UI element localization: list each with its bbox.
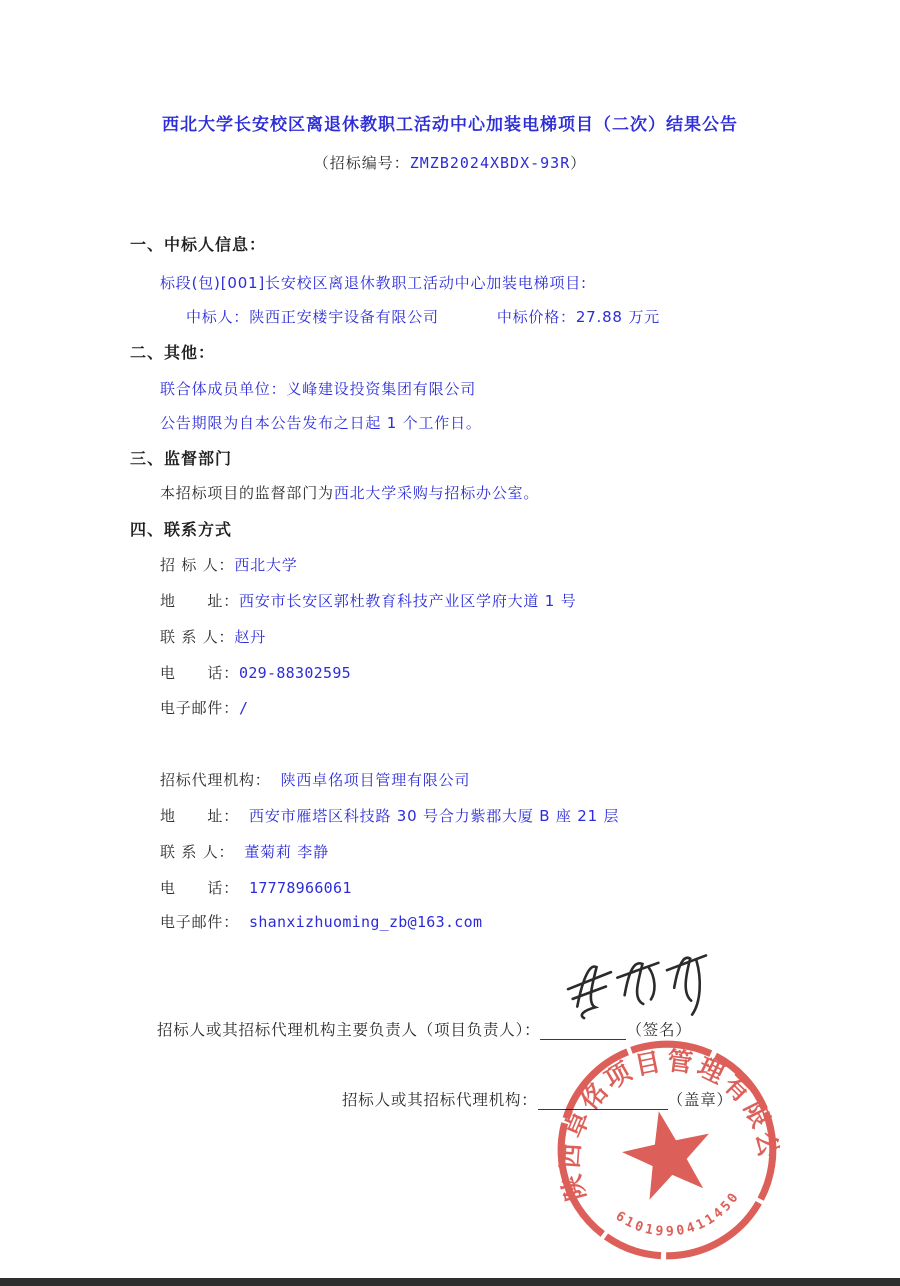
- supervision-prefix: 本招标项目的监督部门为: [160, 484, 334, 502]
- supervision-line: 本招标项目的监督部门为西北大学采购与招标办公室。: [160, 482, 539, 503]
- tender-number-line: （招标编号：ZMZB2024XBDX-93R）: [0, 152, 900, 173]
- svg-text:6101990411450: 6101990411450: [610, 1183, 749, 1251]
- tenderer-email-row: 电子邮件：/: [160, 697, 248, 718]
- agency-email-label: 电子邮件：: [160, 913, 239, 931]
- agency-phone-row: 电 话：17778966061: [160, 877, 352, 898]
- tenderer-address-row: 地 址：西安市长安区郭杜教育科技产业区学府大道 1 号: [160, 590, 577, 611]
- tender-number-code: ZMZB2024XBDX-93R: [410, 154, 571, 172]
- agency-address-value: 西安市雁塔区科技路 30 号合力紫郡大厦 B 座 21 层: [249, 807, 619, 825]
- agency-phone-label: 电 话：: [160, 879, 239, 897]
- tenderer-label: 招 标 人：: [160, 556, 234, 574]
- seal-star-icon: [615, 1102, 720, 1203]
- winner-line: 中标人：陕西正安楼宇设备有限公司中标价格：27.88 万元: [186, 306, 660, 327]
- agency-address-label: 地 址：: [160, 807, 239, 825]
- agency-contact-value: 董菊莉 李静: [244, 843, 329, 861]
- agency-email-value: shanxizhuoming_zb@163.com: [249, 913, 482, 931]
- agency-name: 陕西卓佲项目管理有限公司: [281, 771, 471, 789]
- price-label: 中标价格：: [497, 308, 576, 326]
- agency-row: 招标代理机构：陕西卓佲项目管理有限公司: [160, 769, 470, 790]
- phone-label: 电 话：: [160, 664, 239, 682]
- section-heading-contact: 四、联系方式: [130, 517, 232, 540]
- agency-phone-value: 17778966061: [249, 879, 352, 897]
- agency-contact-label: 联 系 人：: [160, 843, 234, 861]
- address-label: 地 址：: [160, 592, 239, 610]
- supervision-department: 西北大学采购与招标办公室。: [334, 484, 539, 502]
- seal-company-text: 陕西卓佲项目管理有限公司: [550, 1033, 784, 1210]
- agency-label: 招标代理机构：: [160, 771, 271, 789]
- page-title: 西北大学长安校区离退休教职工活动中心加装电梯项目（二次）结果公告: [0, 110, 900, 135]
- seal-line-label: 招标人或其招标代理机构：: [342, 1091, 538, 1109]
- price-value: 27.88 万元: [576, 308, 660, 326]
- winner-label: 中标人：: [186, 308, 249, 326]
- tenderer-phone-row: 电 话：029-88302595: [160, 662, 351, 683]
- handwritten-signature: [562, 948, 722, 1024]
- consortium-line: 联合体成员单位：义峰建设投资集团有限公司: [160, 378, 476, 399]
- tenderer-row: 招 标 人：西北大学: [160, 554, 298, 575]
- tender-number-suffix: ）: [570, 154, 586, 172]
- tenderer-contact-row: 联 系 人：赵丹: [160, 626, 266, 647]
- svg-text:陕西卓佲项目管理有限公司: 陕西卓佲项目管理有限公司: [550, 1033, 784, 1210]
- section-heading-winner: 一、中标人信息：: [130, 232, 266, 255]
- seal-serial-number: 6101990411450: [610, 1183, 749, 1251]
- tender-number-prefix: （招标编号：: [314, 154, 410, 172]
- page-bottom-edge: [0, 1278, 900, 1286]
- address-value: 西安市长安区郭杜教育科技产业区学府大道 1 号: [239, 592, 576, 610]
- email-label: 电子邮件：: [160, 699, 239, 717]
- agency-contact-row: 联 系 人：董菊莉 李静: [160, 841, 329, 862]
- company-seal: 陕西卓佲项目管理有限公司 6101990411450: [550, 1033, 784, 1267]
- section-heading-other: 二、其他：: [130, 340, 215, 363]
- contact-label: 联 系 人：: [160, 628, 234, 646]
- phone-value: 029-88302595: [239, 664, 351, 682]
- agency-email-row: 电子邮件：shanxizhuoming_zb@163.com: [160, 911, 482, 932]
- signature-line-label: 招标人或其招标代理机构主要负责人（项目负责人）：: [157, 1021, 540, 1039]
- lot-line: 标段(包)[001]长安校区离退休教职工活动中心加装电梯项目:: [160, 272, 587, 293]
- email-value: /: [239, 699, 248, 717]
- section-heading-supervision: 三、监督部门: [130, 446, 232, 469]
- tenderer-name: 西北大学: [234, 556, 297, 574]
- announcement-period-line: 公告期限为自本公告发布之日起 1 个工作日。: [160, 412, 482, 433]
- contact-value: 赵丹: [234, 628, 266, 646]
- agency-address-row: 地 址：西安市雁塔区科技路 30 号合力紫郡大厦 B 座 21 层: [160, 805, 619, 826]
- winner-name: 陕西正安楼宇设备有限公司: [249, 308, 439, 326]
